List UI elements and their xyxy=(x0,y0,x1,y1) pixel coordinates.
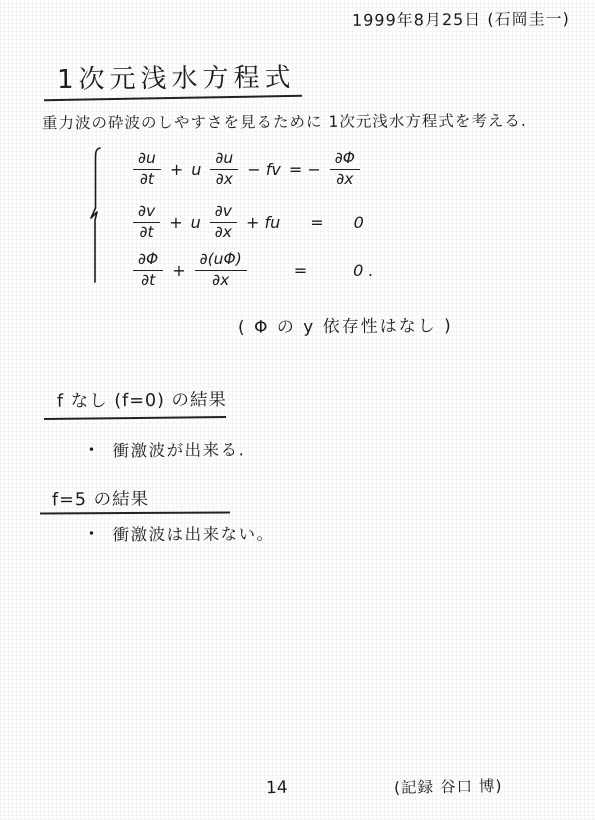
plus-operator: + xyxy=(172,261,185,280)
numerator: ∂v xyxy=(210,203,237,223)
fraction-duphi-dx: ∂(uΦ) ∂x xyxy=(195,251,247,290)
bullet-dot: • xyxy=(88,443,97,457)
denominator: ∂x xyxy=(215,223,232,242)
numerator: ∂u xyxy=(210,150,238,170)
denominator: ∂t xyxy=(140,223,154,242)
date-header: 1999年8月25日 (石岡圭一) xyxy=(352,6,570,31)
denominator: ∂t xyxy=(140,170,154,189)
plus-fu-term: + fu xyxy=(246,213,280,232)
system-brace xyxy=(88,146,104,286)
denominator: ∂t xyxy=(141,271,155,290)
denominator: ∂x xyxy=(216,170,233,189)
list-item: • 衝激波が出来る. xyxy=(88,436,246,461)
recorder-credit: (記録 谷口 博) xyxy=(394,774,503,798)
zero-rhs: 0 xyxy=(354,213,364,232)
equals-sign: = xyxy=(310,213,323,232)
denominator: ∂x xyxy=(336,170,353,189)
list-item: • 衝激波は出来ない。 xyxy=(88,521,275,546)
fraction-dphi-dt: ∂Φ ∂t xyxy=(133,251,163,290)
fraction-du-dx: ∂u ∂x xyxy=(210,150,238,189)
numerator: ∂(uΦ) xyxy=(195,251,247,271)
plus-operator: + xyxy=(169,213,182,232)
section-heading-underline xyxy=(40,512,230,515)
plus-operator: + xyxy=(170,160,183,179)
equation-continuity: ∂Φ ∂t + ∂(uΦ) ∂x = 0 . xyxy=(128,251,378,290)
denominator: ∂x xyxy=(212,271,229,290)
minus-fv-term: − fv xyxy=(247,160,281,179)
equation-momentum-v: ∂v ∂t + u ∂v ∂x + fu = 0 xyxy=(128,203,368,242)
fraction-dphi-dx: ∂Φ ∂x xyxy=(330,150,360,189)
bullet-dot: • xyxy=(88,526,97,540)
numerator: ∂Φ xyxy=(133,251,163,271)
coefficient-u: u xyxy=(191,160,201,179)
numerator: ∂v xyxy=(133,203,160,223)
numerator: ∂u xyxy=(133,150,161,170)
fraction-dv-dt: ∂v ∂t xyxy=(133,203,160,242)
page-title: 1次元浅水方程式 xyxy=(57,57,296,96)
fraction-du-dt: ∂u ∂t xyxy=(133,150,161,189)
handwritten-note-page: 1999年8月25日 (石岡圭一) 1次元浅水方程式 重力波の砕波のしやすさを見… xyxy=(0,0,595,820)
numerator: ∂Φ xyxy=(330,150,360,170)
page-number: 14 xyxy=(266,778,288,799)
phi-y-dependence-note: ( Φ の y 依存性はなし ) xyxy=(238,311,453,337)
equals-sign: = xyxy=(294,261,307,280)
equation-momentum-u: ∂u ∂t + u ∂u ∂x − fv = − ∂Φ ∂x xyxy=(128,150,365,189)
intro-sentence: 重力波の砕波のしやすさを見るために 1次元浅水方程式を考える. xyxy=(42,109,567,134)
equals-minus: = − xyxy=(289,160,321,179)
bullet-text: 衝激波は出来ない。 xyxy=(113,521,275,546)
coefficient-u: u xyxy=(191,213,201,232)
zero-rhs: 0 . xyxy=(353,261,373,280)
section-heading-f-zero: f なし (f=0) の結果 xyxy=(57,386,227,412)
fraction-dv-dx: ∂v ∂x xyxy=(210,203,237,242)
section-heading-f-five: f=5 の結果 xyxy=(52,486,149,512)
section-heading-underline xyxy=(44,416,226,420)
bullet-text: 衝激波が出来る. xyxy=(112,436,245,461)
